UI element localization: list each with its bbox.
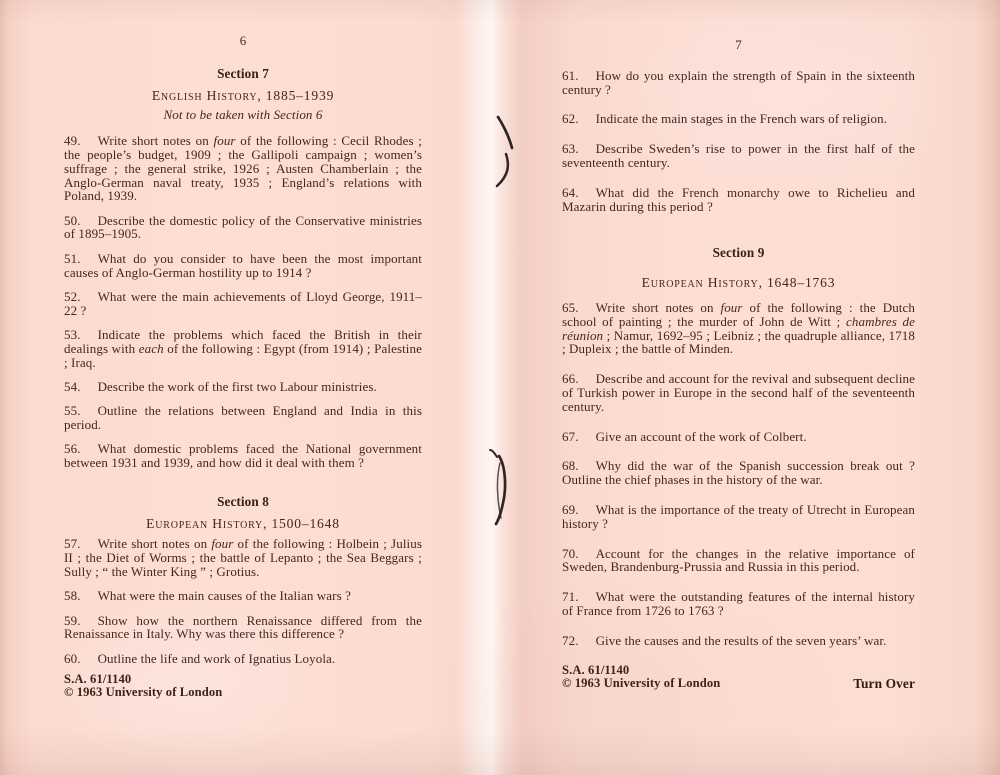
question: 57.Write short notes on four of the foll… [64, 537, 422, 578]
question-text: Give the causes and the results of the s… [596, 633, 887, 648]
question-number: 57. [64, 536, 81, 551]
question-text: How do you explain the strength of Spain… [562, 68, 915, 97]
question: 56.What domestic problems faced the Nati… [64, 442, 422, 470]
page-right: 7 61.How do you explain the strength of … [562, 38, 915, 691]
question: 70.Account for the changes in the relati… [562, 547, 915, 575]
question: 60.Outline the life and work of Ignatius… [64, 652, 422, 666]
question-number: 67. [562, 429, 579, 444]
question: 66.Describe and account for the revival … [562, 372, 915, 413]
question-text: What is the importance of the treaty of … [562, 502, 915, 531]
question-text: Describe Sweden’s rise to power in the f… [562, 141, 915, 170]
page-right-blocks: 61.How do you explain the strength of Sp… [562, 69, 915, 648]
section-heading: Section 8 [64, 495, 422, 509]
question-text: Outline the life and work of Ignatius Lo… [98, 651, 336, 666]
paper-reference: S.A. 61/1140 [562, 664, 720, 678]
page-footer: S.A. 61/1140 © 1963 University of London [64, 673, 422, 700]
subject-heading: European History, 1500–1648 [64, 517, 422, 531]
question: 49.Write short notes on four of the foll… [64, 134, 422, 203]
question: 55.Outline the relations between England… [64, 404, 422, 432]
question: 53.Indicate the problems which faced the… [64, 328, 422, 369]
copyright-line: © 1963 University of London [64, 686, 222, 700]
question-number: 65. [562, 300, 579, 315]
question: 64.What did the French monarchy owe to R… [562, 186, 915, 214]
footer-imprint: S.A. 61/1140 © 1963 University of London [562, 664, 720, 691]
question: 71.What were the outstanding features of… [562, 590, 915, 618]
subject-heading: English History, 1885–1939 [64, 89, 422, 103]
question: 72.Give the causes and the results of th… [562, 634, 915, 648]
question-text: Why did the war of the Spanish successio… [562, 458, 915, 487]
question-number: 58. [64, 588, 81, 603]
question: 63.Describe Sweden’s rise to power in th… [562, 142, 915, 170]
question-text: Give an account of the work of Colbert. [596, 429, 807, 444]
question-text: Account for the changes in the relative … [562, 546, 915, 575]
question-number: 49. [64, 133, 81, 148]
question-number: 56. [64, 441, 81, 456]
page-number: 7 [562, 38, 915, 52]
question-text: Describe and account for the revival and… [562, 371, 915, 414]
question: 54.Describe the work of the first two La… [64, 380, 422, 394]
question-number: 61. [562, 68, 579, 83]
question-number: 71. [562, 589, 579, 604]
question-text: Describe the work of the first two Labou… [98, 379, 377, 394]
question-text: Write short notes on four of the followi… [562, 300, 915, 356]
question: 52.What were the main achievements of Ll… [64, 290, 422, 318]
question-text: What do you consider to have been the mo… [64, 251, 422, 280]
question: 68.Why did the war of the Spanish succes… [562, 459, 915, 487]
subject-heading: European History, 1648–1763 [562, 276, 915, 290]
page-left-blocks: Section 7English History, 1885–1939Not t… [64, 67, 422, 666]
question-number: 66. [562, 371, 579, 386]
question-number: 54. [64, 379, 81, 394]
question-text: Outline the relations between England an… [64, 403, 422, 432]
question: 62.Indicate the main stages in the Frenc… [562, 112, 915, 126]
question-number: 69. [562, 502, 579, 517]
question-text: What domestic problems faced the Nationa… [64, 441, 422, 470]
question-text: What were the main causes of the Italian… [98, 588, 351, 603]
question-number: 53. [64, 327, 81, 342]
question-text: Describe the domestic policy of the Cons… [64, 213, 422, 242]
question-number: 55. [64, 403, 81, 418]
question-text: Write short notes on four of the followi… [64, 133, 422, 203]
turn-over-label: Turn Over [853, 677, 915, 691]
question-text: What were the main achievements of Lloyd… [64, 289, 422, 318]
question: 65.Write short notes on four of the foll… [562, 301, 915, 356]
section-heading: Section 9 [562, 246, 915, 260]
question-number: 72. [562, 633, 579, 648]
question: 58.What were the main causes of the Ital… [64, 589, 422, 603]
question-number: 62. [562, 111, 579, 126]
question-text: What did the French monarchy owe to Rich… [562, 185, 915, 214]
question-number: 64. [562, 185, 579, 200]
page-footer: S.A. 61/1140 © 1963 University of London… [562, 664, 915, 691]
question-number: 60. [64, 651, 81, 666]
question-number: 51. [64, 251, 81, 266]
paper-reference: S.A. 61/1140 [64, 673, 222, 687]
question-text: Write short notes on four of the followi… [64, 536, 422, 579]
question-text: Indicate the main stages in the French w… [596, 111, 888, 126]
question: 67.Give an account of the work of Colber… [562, 430, 915, 444]
question-number: 68. [562, 458, 579, 473]
question: 69.What is the importance of the treaty … [562, 503, 915, 531]
page-number: 6 [64, 34, 422, 48]
question: 61.How do you explain the strength of Sp… [562, 69, 915, 97]
question-number: 59. [64, 613, 81, 628]
exam-note: Not to be taken with Section 6 [64, 108, 422, 122]
question-number: 70. [562, 546, 579, 561]
question: 50.Describe the domestic policy of the C… [64, 214, 422, 242]
question-text: Show how the northern Renaissance differ… [64, 613, 422, 642]
question-number: 50. [64, 213, 81, 228]
question-text: What were the outstanding features of th… [562, 589, 915, 618]
section-heading: Section 7 [64, 67, 422, 81]
question-number: 63. [562, 141, 579, 156]
question-number: 52. [64, 289, 81, 304]
question-text: Indicate the problems which faced the Br… [64, 327, 422, 370]
page-left: 6 Section 7English History, 1885–1939Not… [64, 34, 422, 700]
question: 51.What do you consider to have been the… [64, 252, 422, 280]
footer-imprint: S.A. 61/1140 © 1963 University of London [64, 673, 222, 700]
question: 59.Show how the northern Renaissance dif… [64, 614, 422, 642]
copyright-line: © 1963 University of London [562, 677, 720, 691]
